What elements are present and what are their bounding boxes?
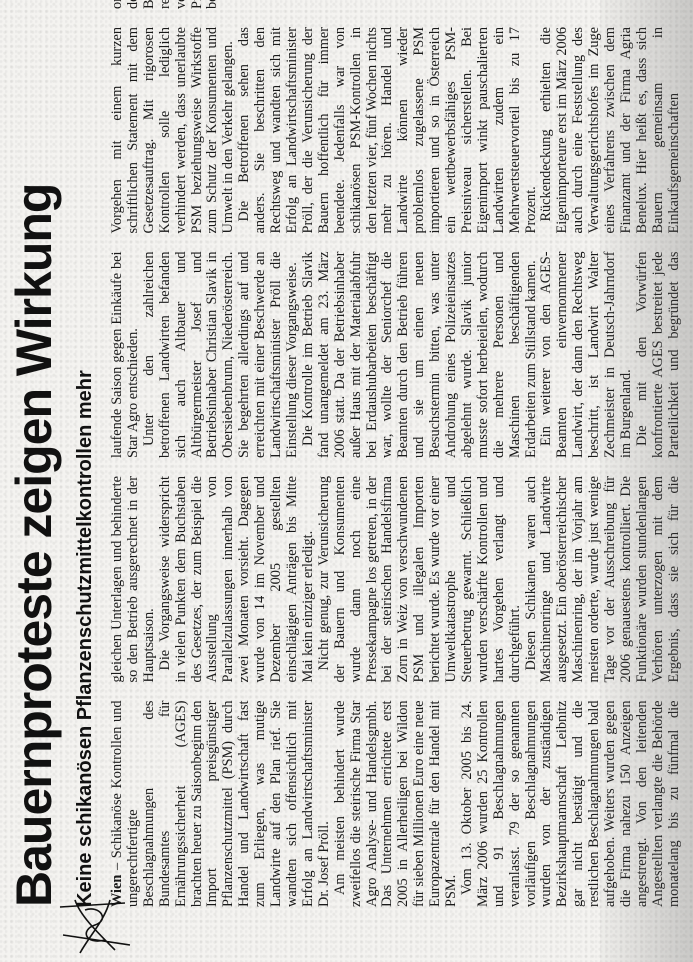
paragraph: Ein weiterer von den AGES-Beamten einver… <box>539 252 634 459</box>
paragraph: Am meisten behindert wurde zweifellos di… <box>333 701 460 908</box>
byline: Ing. Franz Schachinger <box>221 0 237 9</box>
scanned-article-rotated: Bauernproteste zeigen Wirkung Keine schi… <box>0 0 693 962</box>
paragraph: Die Kontrolle im Betrieb Slavik fand una… <box>301 252 540 459</box>
article: Bauernproteste zeigen Wirkung Keine schi… <box>0 27 693 907</box>
paragraph: Wien – Schikanöse Kontrollen und ungerec… <box>110 701 333 908</box>
signature-icon <box>55 895 135 955</box>
paragraph: Nicht genug, zur Verunsicherung der Baue… <box>317 476 524 683</box>
subheadline: Keine schikanösen Pflanzenschutzmittelko… <box>72 27 98 907</box>
paragraph: Die Betroffenen sehen das anders. Sie be… <box>237 27 539 234</box>
paragraph: Unter den zahlreichen betroffenen Landwi… <box>142 252 301 459</box>
headline: Bauernproteste zeigen Wirkung <box>4 27 64 907</box>
article-body: Wien – Schikanöse Kontrollen und ungerec… <box>110 27 690 907</box>
paragraph: Die Vorgangsweise widerspricht in vielen… <box>158 476 317 683</box>
